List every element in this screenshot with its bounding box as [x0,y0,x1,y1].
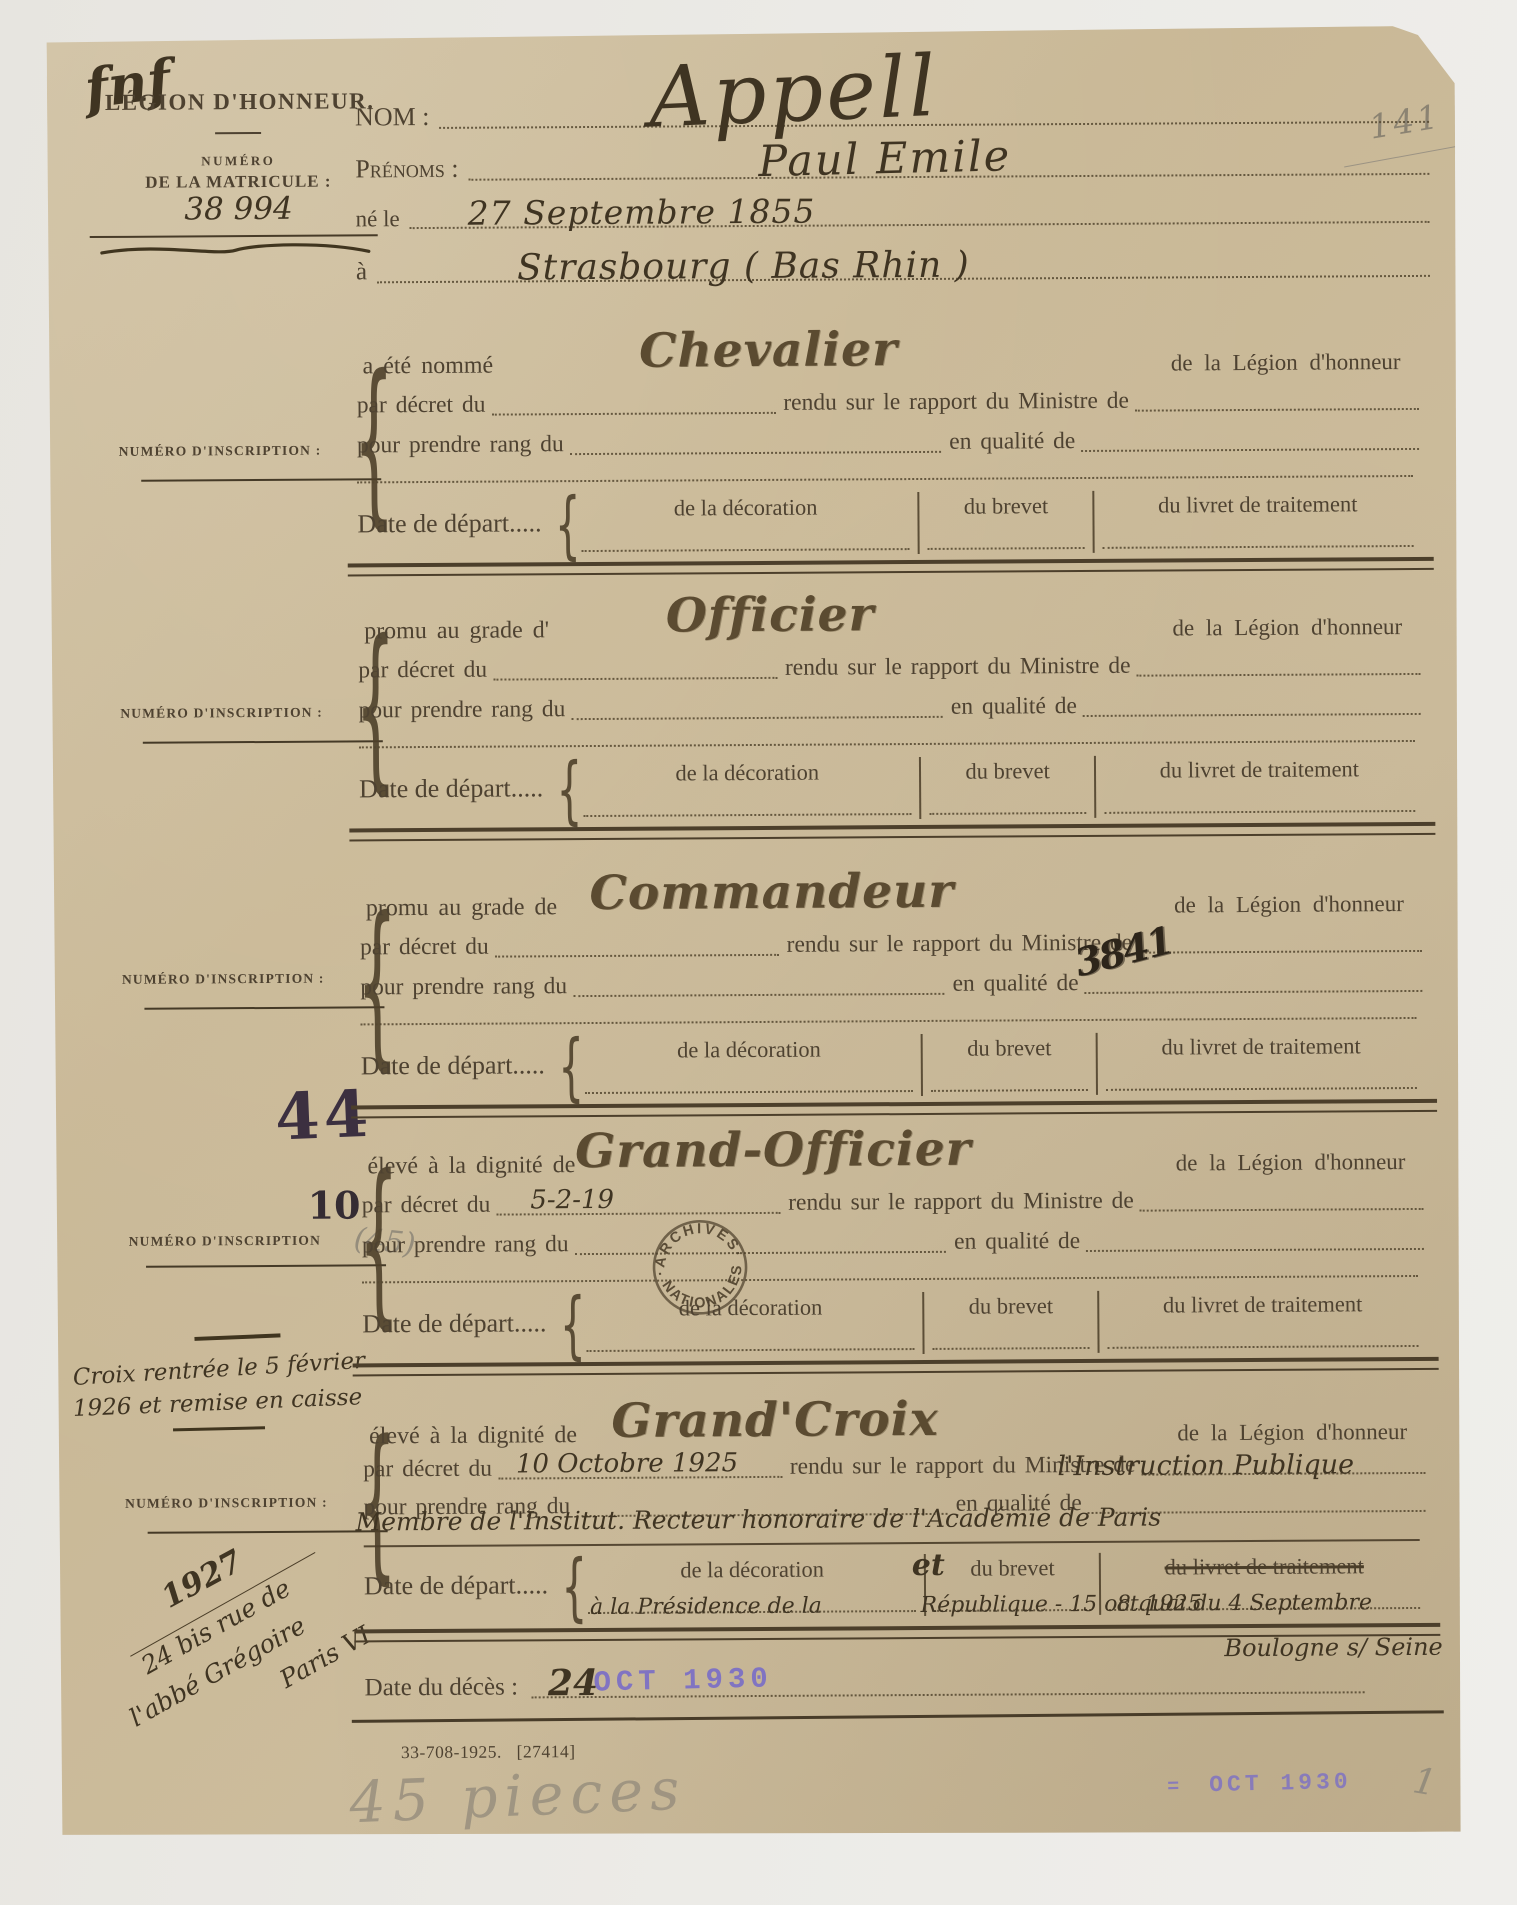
masthead-title: LÉGION D'HONNEUR. [105,88,371,116]
qualite-line [1085,990,1423,994]
col-header: du brevet [923,1035,1095,1062]
decret-row: par décret du 5-2-19 rendu sur le rappor… [362,1181,1424,1219]
grade-title-officier: Officier [490,586,1050,644]
decret-row: par décret du rendu sur le rapport du Mi… [360,923,1422,961]
depart-col-decoration: de la décoration [575,757,920,821]
depart-block: Date de départ..... { de la décoration d… [362,1289,1426,1357]
qualite-label: en qualité de [951,693,1077,721]
depart-col-decoration: de la décoration [577,1034,922,1098]
deces-day-handwritten: 24 [548,1662,598,1704]
cell-line [930,812,1086,815]
rang-line [571,716,942,720]
decret-label: par décret du [358,657,487,685]
footer-rule [352,1710,1444,1723]
blank-dotted-line [361,1017,1417,1025]
qualite-label: en qualité de [949,428,1075,456]
decret-date-handwritten: 10 Octobre 1925 [516,1448,738,1479]
section-chevalier: { a été nommé Chevalier de la Légion d'h… [338,329,1443,582]
decret-line [493,677,777,681]
matricule-underline [90,234,378,238]
inscription-label-chevalier: NUMÉRO D'INSCRIPTION : [89,442,351,460]
rang-line [575,1251,946,1255]
decret-date-handwritten: 5-2-19 [530,1185,614,1216]
birthdate-row: né le 27 Septembre 1855 [355,188,1429,233]
qualite-label: en qualité de [952,970,1078,998]
depart-col-livret: du livret de traitement [1094,754,1424,818]
grade-title-grand-officier: Grand-Officier [493,1121,1053,1179]
prenoms-label: Prénoms : [355,154,458,185]
pencil-one-mark: 1 [1410,1760,1439,1804]
qualite-line [1086,1248,1424,1252]
stamp-equals-mark: = [1167,1776,1184,1799]
depart-col-livret: du livret de traitement 8 quai du 4 Sept… [1099,1551,1429,1615]
depart-block: Date de départ..... { de la décoration d… [359,754,1423,822]
blank-dotted-line [359,740,1415,748]
section-officier: { promu au grade d' Officier de la Légio… [340,594,1445,847]
depart-block: Date de départ..... { de la décoration d… [357,489,1421,557]
col-header: du livret de traitement [1096,756,1423,784]
depart-label: Date de départ..... [364,1556,556,1619]
inscription-label-grand-officier: NUMÉRO D'INSCRIPTION [94,1232,356,1250]
masthead-rule [215,132,261,134]
depart-col-livret: du livret de traitement [1092,489,1422,553]
section-divider [353,1357,1439,1377]
cell-value-handwritten: 8 quai du 4 Septembre [1117,1590,1372,1617]
scanned-document-backdrop: { "glyphs": {"brace": "{"}, "page_marks"… [0,0,1517,1905]
flourish-swash [98,238,374,262]
ministre-line [1137,673,1421,677]
depart-col-brevet: du brevet République - 15 oct 1925 [924,1553,1099,1616]
depart-col-brevet: du brevet [919,756,1094,819]
ministre-value-handwritten: l'Instruction Publique [1057,1449,1354,1482]
cell-line [933,1347,1089,1350]
decret-label: par décret du [362,1192,491,1220]
section-suffix: de la Légion d'honneur [1171,349,1401,376]
ministre-line [1135,408,1419,412]
rang-row: pour prendre rang du en qualité de [359,686,1421,724]
depart-label: Date de départ..... [362,1294,554,1357]
prenoms-row: Prénoms : Paul Emile [355,138,1429,185]
ministre-label: rendu sur le rapport du Ministre de [785,653,1131,682]
depart-brace: { [558,1036,572,1098]
col-header: de la décoration [575,759,920,787]
birthdate-value-handwritten: 27 Septembre 1855 [468,192,816,233]
cell-line [1104,810,1415,814]
rang-line [570,451,941,455]
rang-label: pour prendre rang du [362,1231,569,1259]
depart-col-livret: du livret de traitement [1095,1031,1425,1095]
nom-value-handwritten: Appell [647,37,940,147]
cell-line [1107,1345,1418,1349]
grade-title-commandeur: Commandeur [492,863,1052,921]
decret-row: par décret du rendu sur le rapport du Mi… [358,646,1420,684]
nom-row: NOM : Appell [355,70,1429,133]
address-note: 24 bis rue de l'abbé Grégoire Paris VI [102,1546,378,1773]
rang-row: pour prendre rang du en qualité de [360,963,1422,1001]
qualite-label: en qualité de [954,1228,1080,1256]
qualite-underline [364,1539,1420,1547]
rang-line [573,993,944,997]
depart-col-decoration: de la décoration à la Présidence de la [580,1554,925,1618]
rang-label: pour prendre rang du [360,973,567,1001]
depart-col-brevet: du brevet [918,491,1093,554]
col-header: du brevet [920,493,1092,520]
col-header: du livret de traitement [1094,491,1421,519]
cell-line [583,813,911,817]
col-header: du livret de traitement [1097,1033,1424,1061]
section-divider [351,1099,1437,1119]
prenoms-line: Paul Emile [469,173,1430,181]
birthplace-value-handwritten: Strasbourg ( Bas Rhin ) [517,245,970,289]
blank-dotted-line [362,1275,1418,1283]
depart-columns: de la décoration du brevet du livret de … [575,754,1423,821]
ministre-line [1138,950,1422,954]
depart-brace: { [561,1556,575,1618]
depart-label: Date de départ..... [359,759,551,822]
depart-col-livret: du livret de traitement [1097,1289,1427,1353]
qualite-line [1081,448,1419,452]
depart-col-brevet: du brevet [923,1291,1098,1354]
grade-title-chevalier: Chevalier [488,321,1048,379]
col-header: de la décoration [577,1036,922,1064]
decret-line [491,412,775,416]
depart-block: Date de départ..... { de la décoration à… [364,1551,1428,1619]
rang-label: pour prendre rang du [357,431,564,459]
depart-col-decoration: de la décoration [573,492,918,556]
birthplace-label: à [356,258,367,286]
section-commandeur: { promu au grade de Commandeur de la Lég… [342,871,1447,1124]
rang-label: pour prendre rang du [359,696,566,724]
decret-label: par décret du [363,1456,492,1484]
birthplace-row: à Strasbourg ( Bas Rhin ) [356,238,1430,287]
col-header: de la décoration [578,1294,923,1322]
ink-stroke [194,1333,280,1341]
et-insertion-handwritten: et [912,1548,945,1583]
depart-label: Date de départ..... [361,1036,553,1099]
grade-title-grand-croix: Grand'Croix [495,1391,1055,1449]
section-suffix: de la Légion d'honneur [1176,1149,1406,1176]
col-header: du livret de traitement [1099,1291,1426,1319]
pieces-count-pencil: 45 pieces [348,1757,687,1837]
qualite-value-handwritten: Membre de l'Institut. Recteur honoraire … [356,1503,1162,1537]
depart-brace: { [555,494,569,556]
depart-columns: de la décoration à la Présidence de la d… [580,1551,1428,1618]
section-divider [349,822,1435,842]
cell-value-handwritten: à la Présidence de la [590,1594,822,1620]
col-header: du brevet [921,758,1093,785]
depart-brace: { [556,759,570,821]
blank-dotted-line [357,475,1413,483]
deces-row: Date du décès : 24 OCT 1930 [364,1658,1364,1702]
section-suffix: de la Légion d'honneur [1172,614,1402,641]
cell-line [931,1089,1087,1092]
col-header: du brevet [925,1293,1097,1320]
section-suffix: de la Légion d'honneur [1174,891,1404,918]
ministre-label: rendu sur le rapport du Ministre de [788,1188,1134,1217]
printer-imprint: 33-708-1925. [27414] [401,1741,576,1763]
decret-line: 10 Octobre 1925 [498,1448,782,1480]
cell-line [1106,1087,1417,1091]
depart-col-decoration: de la décoration [578,1292,923,1356]
prenoms-value-handwritten: Paul Emile [758,131,1012,187]
decret-row: par décret du 10 Octobre 1925 rendu sur … [363,1445,1425,1483]
ink-stroke [173,1426,265,1431]
col-header-struck: du livret de traitement [1101,1553,1428,1581]
legion-honneur-record-card: fnf LÉGION D'HONNEUR. NUMÉRO DE LA MATRI… [46,26,1465,1841]
birthplace-line: Strasbourg ( Bas Rhin ) [377,275,1430,283]
cell-line [587,1348,915,1352]
col-header: du brevet [926,1555,1098,1582]
deces-label: Date du décès : [365,1673,519,1702]
section-intro: a été nommé [362,353,493,381]
matricule-number-handwritten: 38 994 [105,190,371,228]
depart-columns: de la décoration du brevet du livret de … [573,489,1421,556]
deces-line: 24 OCT 1930 [532,1691,1365,1698]
section-divider [348,557,1434,577]
rang-row: pour prendre rang du en qualité de [362,1221,1424,1259]
decret-line [495,954,779,958]
ministre-line: l'Instruction Publique [1141,1472,1425,1476]
depart-brace: { [560,1294,574,1356]
inscription-label-grand-croix: NUMÉRO D'INSCRIPTION : [95,1494,357,1512]
section-suffix: de la Légion d'honneur [1177,1419,1407,1446]
decret-label: par décret du [360,934,489,962]
col-header: de la décoration [580,1556,925,1584]
inscription-label-officier: NUMÉRO D'INSCRIPTION : [91,704,353,722]
depart-col-brevet: du brevet [921,1033,1096,1096]
col-header: de la décoration [573,494,918,522]
depart-label: Date de départ..... [357,494,549,557]
depart-columns: de la décoration du brevet du livret de … [578,1289,1426,1356]
bottom-date-stamp: =OCT 1930 [1167,1769,1352,1799]
deces-date-stamp: OCT 1930 [594,1662,774,1699]
inscription-label-commandeur: NUMÉRO D'INSCRIPTION : [92,970,354,988]
birthdate-label: né le [356,206,400,232]
cell-line [928,547,1084,550]
nom-line: Appell [439,121,1429,129]
rang-row: pour prendre rang du en qualité de [357,421,1419,459]
cell-line [585,1090,913,1094]
depart-columns: de la décoration du brevet du livret de … [577,1031,1425,1098]
section-grand-croix: { élevé à la dignité de Grand'Croix de l… [345,1399,1450,1652]
ministre-line [1140,1208,1424,1212]
stamp-date-text: OCT 1930 [1209,1769,1352,1798]
depart-block: Date de départ..... { de la décoration d… [361,1031,1425,1099]
section-grand-officier: { élevé à la dignité de Grand-Officier d… [343,1129,1448,1382]
nom-label: NOM : [355,102,430,132]
qualite-line [1083,713,1421,717]
cell-line [582,548,910,552]
matricule-label-line1: NUMÉRO [105,152,371,170]
ministre-label: rendu sur le rapport du Ministre de [783,388,1129,417]
cell-line [1102,545,1413,549]
decret-row: par décret du rendu sur le rapport du Mi… [357,381,1419,419]
decret-label: par décret du [357,392,486,420]
birthdate-line: 27 Septembre 1855 [410,221,1430,229]
